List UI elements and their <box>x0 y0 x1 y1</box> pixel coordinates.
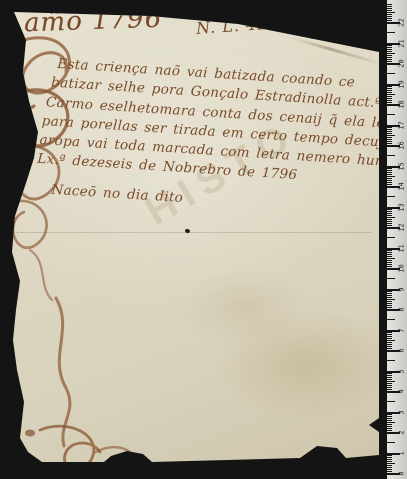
ruler-tick <box>387 88 392 89</box>
ruler-tick <box>387 305 392 306</box>
ruler-tick <box>387 94 395 95</box>
ruler-tick <box>387 264 392 265</box>
ruler-tick <box>387 346 392 347</box>
ruler-tick <box>387 129 392 130</box>
ruler-number: 10 <box>398 262 407 276</box>
ruler-tick <box>387 92 392 93</box>
ruler-tick <box>387 266 392 267</box>
ruler-number: 19 <box>398 77 407 91</box>
ruler-tick <box>387 457 392 458</box>
ruler-tick <box>387 256 392 257</box>
ruler-number: 7 <box>398 323 407 337</box>
ruler-tick <box>387 381 395 382</box>
ruler-tick <box>387 178 392 179</box>
ruler-tick <box>387 209 392 210</box>
ruler-tick <box>387 143 392 144</box>
ruler-tick <box>387 303 392 304</box>
ruler-tick <box>387 57 392 58</box>
ruler-tick <box>387 221 392 222</box>
ruler-tick <box>387 301 392 302</box>
ruler-tick <box>387 430 392 431</box>
ruler-tick <box>387 90 392 91</box>
ruler-tick <box>387 293 392 294</box>
ruler-tick <box>387 155 395 156</box>
ruler-tick <box>387 254 392 255</box>
ruler-tick <box>387 32 395 33</box>
ruler-tick <box>387 250 392 251</box>
ruler-tick <box>387 174 392 175</box>
ruler-tick <box>387 348 392 349</box>
manuscript-paper: HISTO am̃o 1796 N. L. 427 Esta criença n… <box>0 0 407 479</box>
ruler-tick <box>387 176 395 177</box>
ruler-tick <box>387 465 392 466</box>
ruler-tick <box>387 45 392 46</box>
ruler-tick <box>387 332 392 333</box>
ruler-tick <box>387 59 392 60</box>
ruler-tick <box>387 12 395 13</box>
ruler-number: 13 <box>398 200 407 214</box>
ruler-tick <box>387 196 395 197</box>
ruler-number: 4 <box>398 385 407 399</box>
ruler-tick <box>387 299 395 300</box>
ruler-tick <box>387 61 392 62</box>
ruler-number: 17 <box>398 118 407 132</box>
ruler-tick <box>387 422 395 423</box>
ruler-tick <box>387 379 392 380</box>
ruler-tick <box>387 385 392 386</box>
ruler-tick <box>387 375 392 376</box>
ruler-tick <box>387 373 392 374</box>
ruler-tick <box>387 360 395 361</box>
ruler-tick <box>387 383 392 384</box>
ruler-tick <box>387 336 392 337</box>
ruler-number: 18 <box>398 98 407 112</box>
ruler-number: 20 <box>398 57 407 71</box>
ruler-tick <box>387 139 392 140</box>
scanned-manuscript-image: HISTO am̃o 1796 N. L. 427 Esta criença n… <box>0 0 407 479</box>
ruler-tick <box>387 377 392 378</box>
ruler-tick <box>387 237 395 238</box>
ruler-tick <box>387 219 392 220</box>
ruler-tick <box>387 96 392 97</box>
ruler-tick <box>387 401 395 402</box>
ruler-tick <box>387 47 392 48</box>
ruler-tick <box>387 133 392 134</box>
ruler-tick <box>387 461 392 462</box>
ruler-tick <box>387 319 395 320</box>
ruler-tick <box>387 424 392 425</box>
ruler-number: 21 <box>398 36 407 50</box>
ruler-tick <box>387 467 392 468</box>
ruler-tick <box>387 252 392 253</box>
ruler-tick <box>387 344 392 345</box>
ruler-tick <box>387 168 392 169</box>
ruler-tick <box>387 127 392 128</box>
ruler-tick <box>387 20 392 21</box>
ruler-tick <box>387 49 392 50</box>
ruler-tick <box>387 14 392 15</box>
ruler-number: 0 <box>398 467 407 479</box>
ruler-tick <box>387 469 392 470</box>
ruler-tick <box>387 10 392 11</box>
ruler-tick <box>387 340 395 341</box>
year-annotation: am̃o 1796 <box>24 4 163 39</box>
ruler-tick <box>387 389 392 390</box>
ruler-tick <box>387 414 392 415</box>
ruler-number: 11 <box>398 241 407 255</box>
ruler-tick <box>387 217 395 218</box>
ruler-tick <box>387 426 392 427</box>
ruler-number: 16 <box>398 139 407 153</box>
ruler-tick <box>387 53 395 54</box>
ruler-tick <box>387 416 392 417</box>
ruler-number: 14 <box>398 180 407 194</box>
ruler-tick <box>387 211 392 212</box>
ruler-tick <box>387 18 392 19</box>
ruler-tick <box>387 295 392 296</box>
ruler-tick <box>387 260 392 261</box>
ruler-tick <box>387 223 392 224</box>
ruler-tick <box>387 455 392 456</box>
ruler-tick <box>387 137 392 138</box>
ruler-tick <box>387 16 392 17</box>
ruler-tick <box>387 86 392 87</box>
ruler-tick <box>387 180 392 181</box>
ruler-tick <box>387 463 395 464</box>
manuscript-lines: Esta criença naõ vai batizada coando ceb… <box>37 54 380 191</box>
ruler-tick <box>387 8 392 9</box>
ruler-tick <box>387 98 392 99</box>
ruler-number: 6 <box>398 344 407 358</box>
ruler-tick <box>387 225 392 226</box>
measurement-ruler: 222120191817161514131211109876543210 <box>387 0 407 479</box>
ruler-tick <box>387 213 392 214</box>
ruler-tick <box>387 170 392 171</box>
ruler-tick <box>387 182 392 183</box>
ruler-number: 22 <box>398 16 407 30</box>
ruler-tick <box>387 4 392 5</box>
ruler-tick <box>387 100 392 101</box>
ruler-tick <box>387 278 395 279</box>
ruler-tick <box>387 184 392 185</box>
ruler-tick <box>387 6 392 7</box>
ruler-tick <box>387 442 395 443</box>
ruler-tick <box>387 471 392 472</box>
ruler-number: 1 <box>398 446 407 460</box>
ruler-tick <box>387 342 392 343</box>
ruler-tick <box>387 73 395 74</box>
manuscript-text-block: Esta criença naõ vai batizada coando ceb… <box>35 54 379 220</box>
ruler-tick <box>387 258 395 259</box>
ruler-tick <box>387 131 392 132</box>
ruler-number: 3 <box>398 405 407 419</box>
ruler-tick <box>387 141 392 142</box>
ruler-tick <box>387 291 392 292</box>
ruler-number: 8 <box>398 303 407 317</box>
ruler-tick <box>387 420 392 421</box>
ruler-number: 2 <box>398 426 407 440</box>
ruler-tick <box>387 51 392 52</box>
ruler-tick <box>387 114 395 115</box>
ruler-tick <box>387 55 392 56</box>
ruler-tick <box>387 459 392 460</box>
ruler-tick <box>387 102 392 103</box>
ruler-number: 15 <box>398 159 407 173</box>
ruler-tick <box>387 172 392 173</box>
ruler-tick <box>387 387 392 388</box>
ruler-tick <box>387 135 395 136</box>
ruler-tick <box>387 297 392 298</box>
ruler-tick <box>387 334 392 335</box>
ruler-number: 9 <box>398 282 407 296</box>
ruler-tick <box>387 418 392 419</box>
ruler-tick <box>387 428 392 429</box>
ruler-number: 12 <box>398 221 407 235</box>
ruler-tick <box>387 338 392 339</box>
ruler-number: 5 <box>398 364 407 378</box>
ruler-tick <box>387 307 392 308</box>
ruler-tick <box>387 262 392 263</box>
ruler-tick <box>387 215 392 216</box>
horizontal-crease <box>16 232 372 233</box>
